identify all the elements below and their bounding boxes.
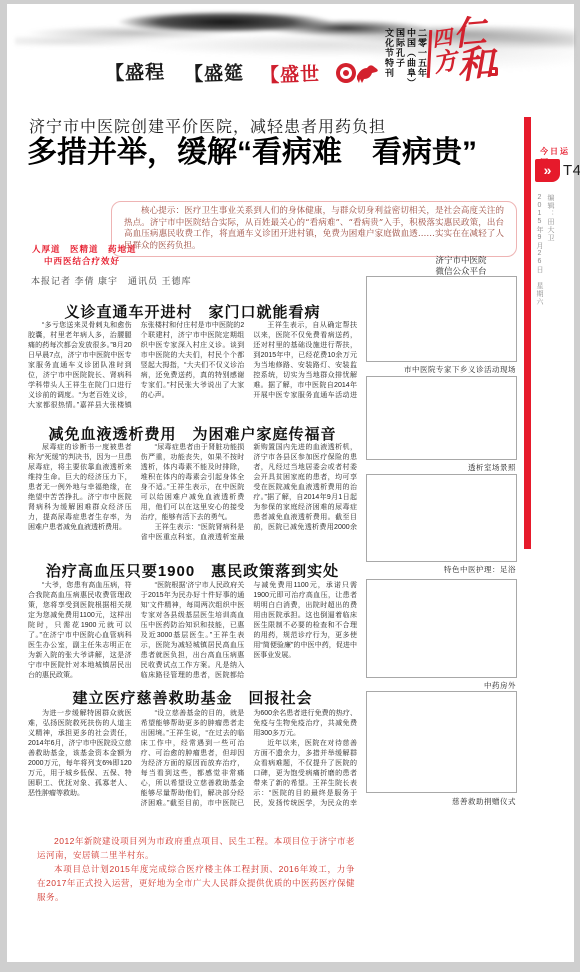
project-note-paragraph-1: 2012年新院建设项目列为市政府重点项目、民生工程。本项目位于济宁市老运河南，安… <box>37 834 355 862</box>
section-1-paragraph-2: 王祥生表示，自从确定帮扶以来，医院不仅免费看病送药，还对村里的基础设施进行帮扶，… <box>253 321 357 415</box>
newspaper-page: 【盛程 【盛筵 【盛世 二零一五年 中国（曲阜） 国际孔子 文化节特刊 四 仁 … <box>0 0 580 972</box>
section-4-body: 为进一步缓解特困群众就医难，弘扬医院救死扶伤的人道主义精神，承担更多的社会责任，… <box>28 709 357 815</box>
edition-red-bar <box>524 117 531 549</box>
photo-placeholder-3 <box>366 474 517 562</box>
section-2-body: 尿毒症的诊断书一度被患者称为“死缓”的判决书，因为一旦患尿毒症，将主要依靠血液透… <box>28 443 357 543</box>
red-seal-icon <box>489 67 498 76</box>
calligraphy-char-he: 和 <box>456 45 495 84</box>
photo-caption-1: 市中医院专家下乡义诊活动现场 <box>366 364 516 375</box>
calligraphy-char-fang: 方 <box>431 48 459 76</box>
section-3-paragraph-1: “大爷，您患有高血压病，符合我院高血压病惠民收费管理政策，您将享受到医院根据相关… <box>28 581 132 681</box>
masthead-label-2: 【盛筵 <box>184 58 245 87</box>
page-sheet: 【盛程 【盛筵 【盛世 二零一五年 中国（曲阜） 国际孔子 文化节特刊 四 仁 … <box>7 4 574 962</box>
section-2-paragraph-2: “尿毒症患者由于肾脏功能损伤严重，功能丧失，如果不按时透析，体内毒素不能及时排除… <box>141 443 245 523</box>
byline: 本报记者 李倩 康宇 通讯员 王德库 <box>31 274 192 287</box>
core-summary-text: 核心提示：医疗卫生事业关系到人们的身体健康，与群众切身利益密切相关，是社会高度关… <box>124 206 504 252</box>
main-headline: 多措并举，缓解“看病难 看病贵” <box>27 135 527 171</box>
section-1-heading: 义诊直通车开进村 家门口就能看病 <box>28 301 357 322</box>
photo-placeholder-2 <box>366 376 517 460</box>
photo-placeholder-1 <box>366 276 517 362</box>
section-1-paragraph-1: “多亏您送来灵骨刺丸和愈伤胶囊，村里老年病人多，治腰腿痛的药每次都会发放很多。”… <box>28 321 244 415</box>
wechat-platform-caption: 济宁市中医院 微信公众平台 <box>405 255 517 277</box>
kicker: 济宁市中医院创建平价医院，减轻患者用药负担 <box>29 114 386 137</box>
papercut-ornament-icon <box>335 54 379 88</box>
slogan-line-1: 人厚道 医精道 药地道 <box>32 243 137 255</box>
calligraphy-title: 四 仁 方 和 <box>425 14 517 90</box>
photo-caption-3: 特色中医护理：足浴 <box>366 564 516 575</box>
page-number: T41 <box>563 162 580 179</box>
section-4-heading: 建立医疗慈善救助基金 回报社会 <box>28 687 357 708</box>
masthead-label-3: 【盛世 <box>260 59 321 88</box>
double-arrow-icon: » <box>535 159 560 182</box>
section-3-body: “大爷，您患有高血压病，符合我院高血压病惠民收费管理政策，您将享受到医院根据相关… <box>28 581 357 681</box>
photo-caption-2: 透析室场景照 <box>366 462 516 473</box>
photo-caption-5: 慈善救助捐赠仪式 <box>366 796 516 807</box>
editor-date-vertical: 编辑：田大卫 2015年9月26日 星期六 <box>534 194 556 334</box>
photo-caption-4: 中药房外 <box>366 680 516 691</box>
slogan-line-2: 中西医结合疗效好 <box>44 255 120 267</box>
special-issue-vertical-title: 二零一五年 中国（曲阜） 国际孔子 文化节特刊 <box>383 28 427 110</box>
project-note: 2012年新院建设项目列为市政府重点项目、民生工程。本项目位于济宁市老运河南，安… <box>37 834 355 904</box>
core-summary-box: 核心提示：医疗卫生事业关系到人们的身体健康，与群众切身利益密切相关，是社会高度关… <box>111 201 517 257</box>
section-2-paragraph-1: 尿毒症的诊断书一度被患者称为“死缓”的判决书，因为一旦患尿毒症，将主要依靠血液透… <box>28 443 132 533</box>
section-2-heading: 减免血液透析费用 为困难户家庭传福音 <box>28 423 357 444</box>
section-3-paragraph-2: “医院根据‘济宁市人民政府关于2015年为民办好十件好事的通知’文件精神，每周两… <box>141 581 357 681</box>
section-3-heading: 治疗高血压只要1900 惠民政策落到实处 <box>28 560 357 581</box>
project-note-paragraph-2: 本项目总计划2015年度完成综合医疗楼主体工程封顶、2016年竣工，力争在201… <box>37 862 355 904</box>
photo-placeholder-4 <box>366 579 517 678</box>
section-1-body: “多亏您送来灵骨刺丸和愈伤胶囊，村里老年病人多，治腰腿痛的药每次都会发放很多。”… <box>28 321 357 415</box>
masthead-label-1: 【盛程 <box>105 57 166 86</box>
photo-placeholder-5 <box>366 691 517 793</box>
section-4-paragraph-1: 为进一步缓解特困群众就医难，弘扬医院救死扶伤的人道主义精神，承担更多的社会责任，… <box>28 709 132 799</box>
